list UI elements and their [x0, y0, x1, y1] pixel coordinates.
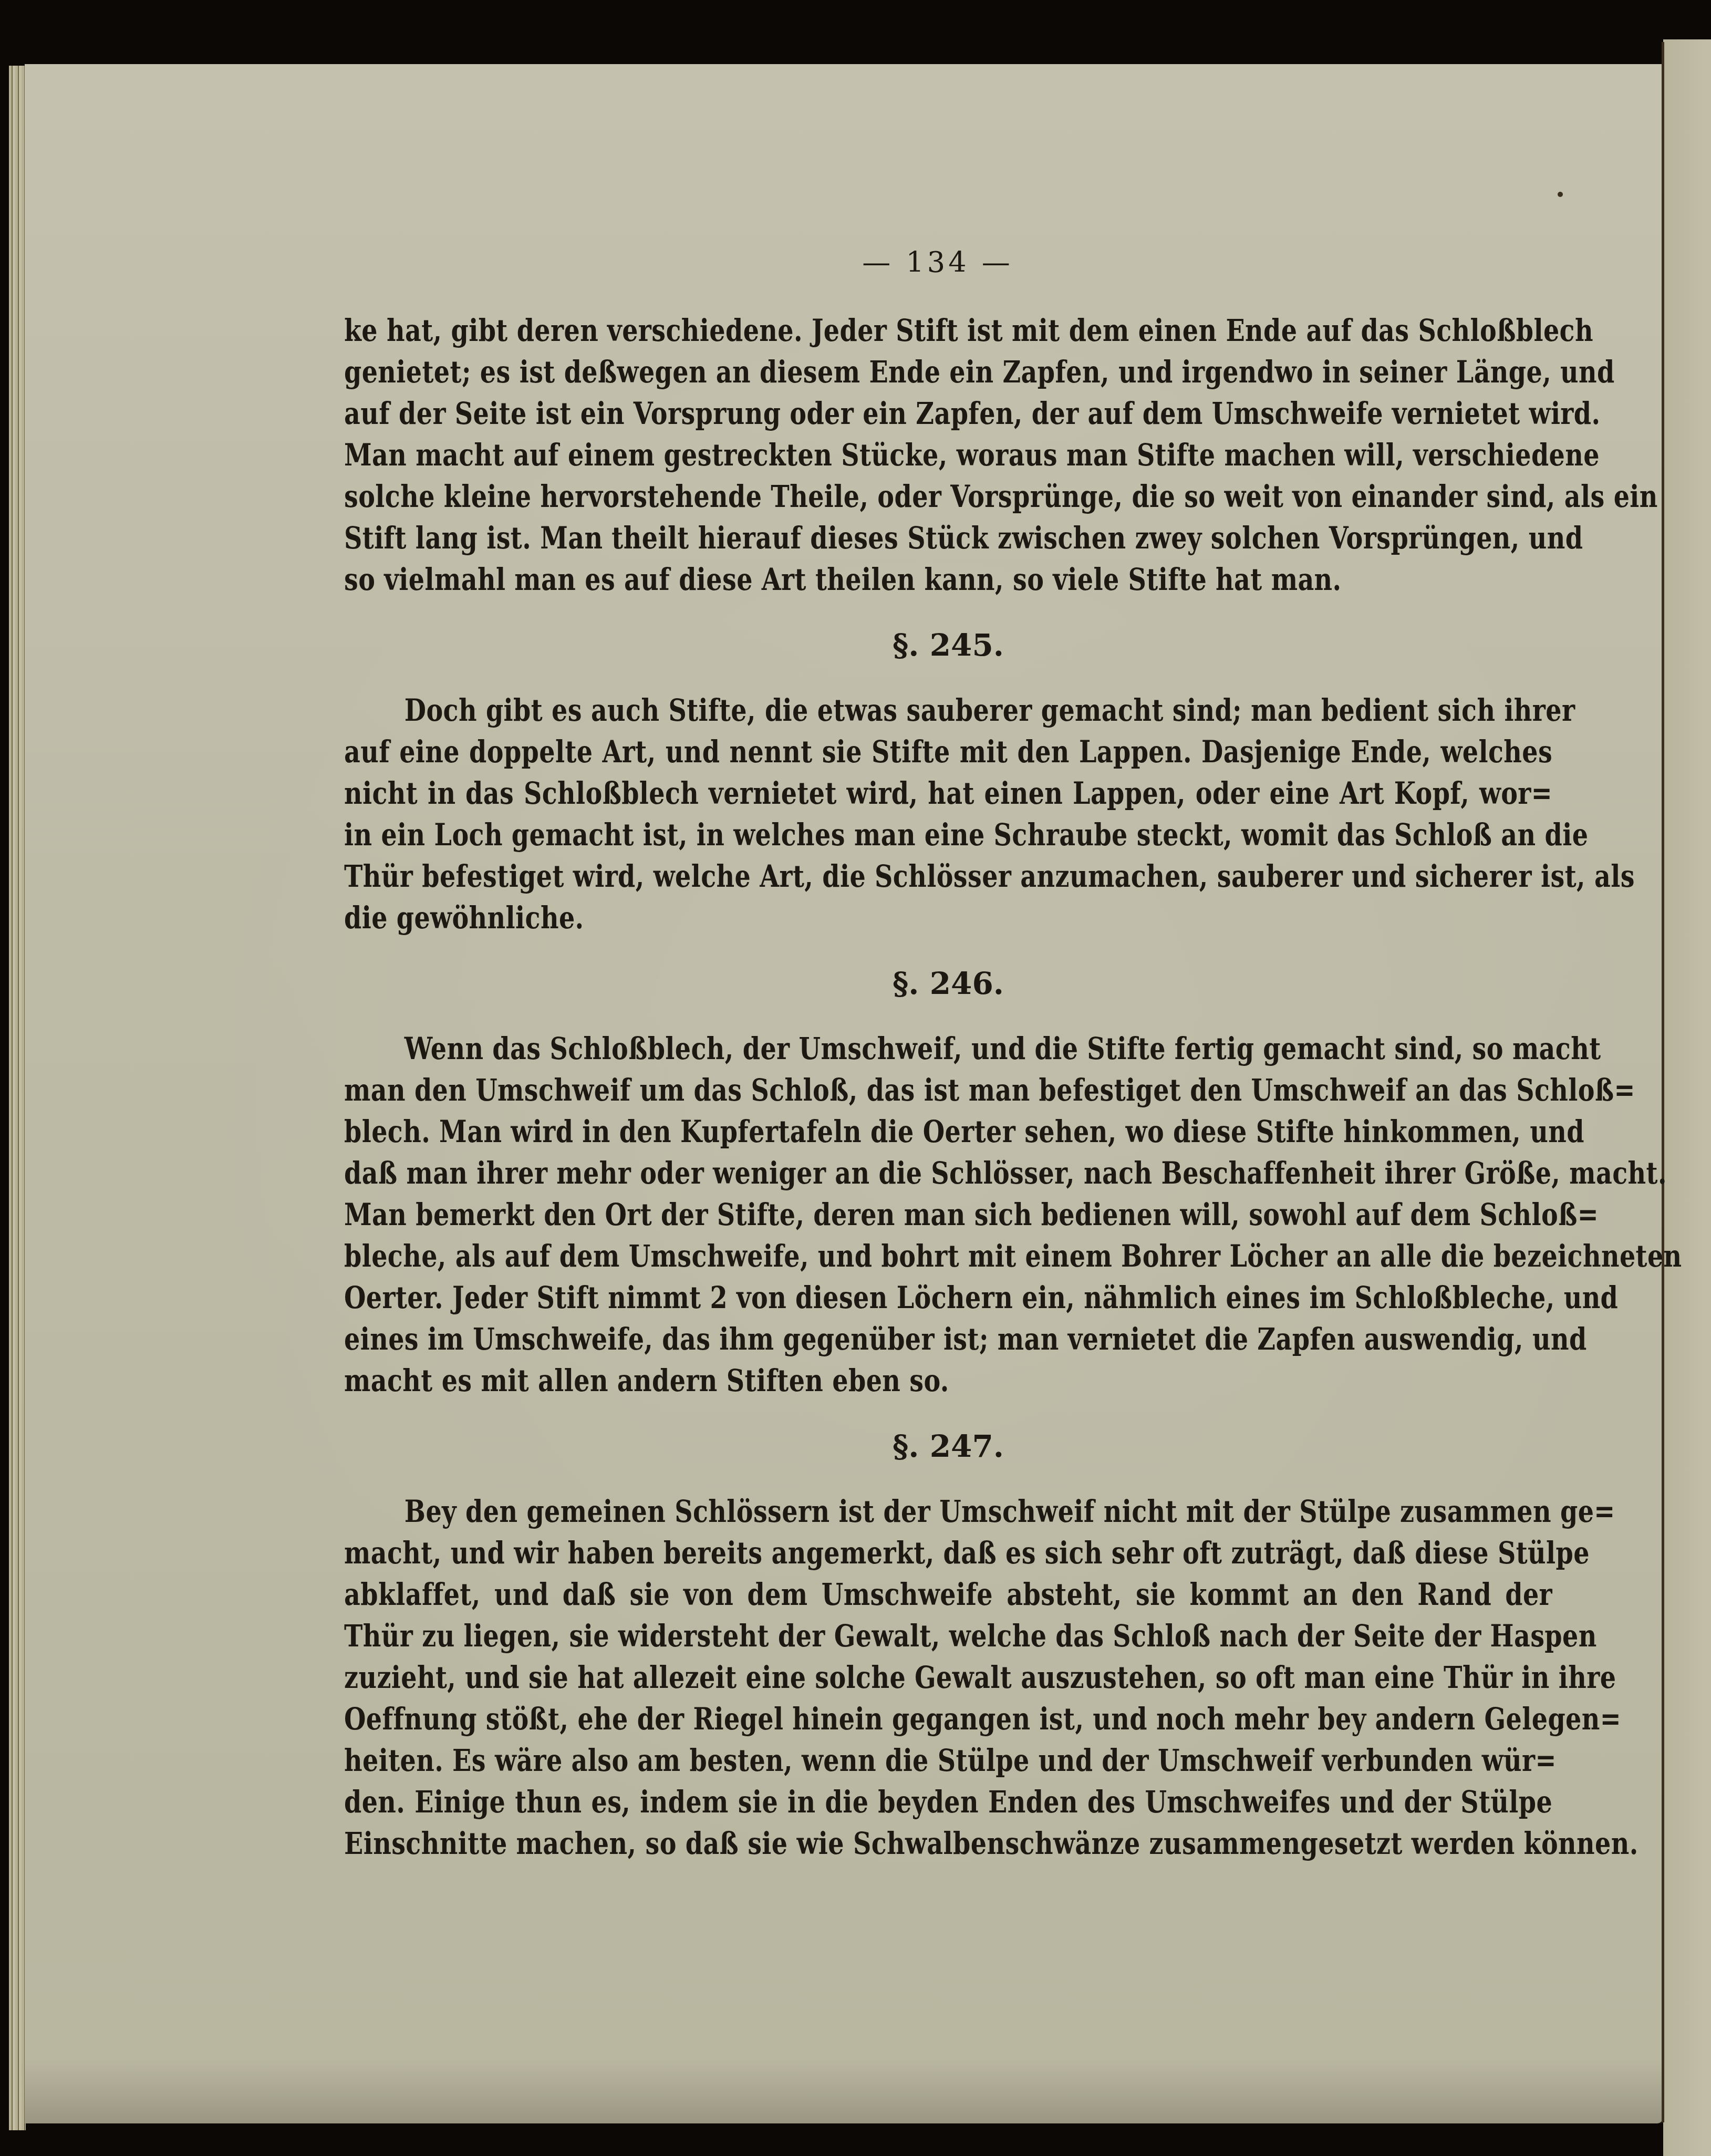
text-line: Einschnitte machen, so daß sie wie Schwa…: [344, 1823, 1552, 1864]
text-line: nicht in das Schloßblech vernietet wird,…: [344, 773, 1552, 814]
page-text: — 134 — ke hat, gibt deren verschiedene.…: [344, 247, 1552, 1864]
text-line: zuzieht, und sie hat allezeit eine solch…: [344, 1657, 1552, 1698]
text-line: Wenn das Schloßblech, der Umschweif, und…: [344, 1028, 1552, 1070]
text-line: Bey den gemeinen Schlössern ist der Umsc…: [344, 1491, 1552, 1532]
text-line: man den Umschweif um das Schloß, das ist…: [344, 1070, 1552, 1111]
text-line: genietet; es ist deßwegen an diesem Ende…: [344, 351, 1552, 393]
text-line: in ein Loch gemacht ist, in welches man …: [344, 814, 1552, 856]
text-line: Man bemerkt den Ort der Stifte, deren ma…: [344, 1194, 1552, 1236]
text-line: auf eine doppelte Art, und nennt sie Sti…: [344, 731, 1552, 773]
text-line: solche kleine hervorstehende Theile, ode…: [344, 476, 1552, 517]
text-line: daß man ihrer mehr oder weniger an die S…: [344, 1153, 1552, 1194]
text-line: macht, und wir haben bereits angemerkt, …: [344, 1532, 1552, 1574]
text-line: Oeffnung stößt, ehe der Riegel hinein ge…: [344, 1698, 1552, 1740]
page-number: — 134 —: [323, 247, 1552, 310]
text-line: so vielmahl man es auf diese Art theilen…: [344, 559, 1552, 600]
text-line: Stift lang ist. Man theilt hierauf diese…: [344, 517, 1552, 559]
text-line: Man macht auf einem gestreckten Stücke, …: [344, 434, 1552, 476]
intro-paragraph: ke hat, gibt deren verschiedene. Jeder S…: [344, 310, 1552, 600]
page-fold-line: [1662, 42, 1664, 2122]
section-247: §. 247. Bey den gemeinen Schlössern ist …: [344, 1402, 1552, 1864]
text-line: die gewöhnliche.: [344, 897, 1552, 939]
text-line: abklaffet, und daß sie von dem Umschweif…: [344, 1574, 1552, 1615]
text-line: eines im Umschweife, das ihm gegenüber i…: [344, 1319, 1552, 1360]
text-line: Doch gibt es auch Stifte, die etwas saub…: [344, 690, 1552, 731]
text-line: Thür zu liegen, sie widersteht der Gewal…: [344, 1615, 1552, 1657]
text-line: bleche, als auf dem Umschweife, und bohr…: [344, 1236, 1552, 1277]
section-246: §. 246. Wenn das Schloßblech, der Umschw…: [344, 939, 1552, 1402]
text-line: Thür befestiget wird, welche Art, die Sc…: [344, 856, 1552, 897]
paper-speck: [1558, 192, 1563, 197]
text-line: blech. Man wird in den Kupfertafeln die …: [344, 1111, 1552, 1153]
text-line: auf der Seite ist ein Vorsprung oder ein…: [344, 393, 1552, 434]
section-heading: §. 247.: [344, 1402, 1552, 1491]
text-line: den. Einige thun es, indem sie in die be…: [344, 1781, 1552, 1823]
page-edges-stack: [9, 66, 26, 2130]
section-245: §. 245. Doch gibt es auch Stifte, die et…: [344, 600, 1552, 939]
section-heading: §. 246.: [344, 939, 1552, 1028]
text-line: ke hat, gibt deren verschiedene. Jeder S…: [344, 310, 1552, 351]
section-heading: §. 245.: [344, 600, 1552, 690]
text-line: macht es mit allen andern Stiften eben s…: [344, 1360, 1552, 1402]
next-page-edge: [1663, 39, 1711, 2156]
text-line: Oerter. Jeder Stift nimmt 2 von diesen L…: [344, 1277, 1552, 1319]
text-line: heiten. Es wäre also am besten, wenn die…: [344, 1740, 1552, 1781]
